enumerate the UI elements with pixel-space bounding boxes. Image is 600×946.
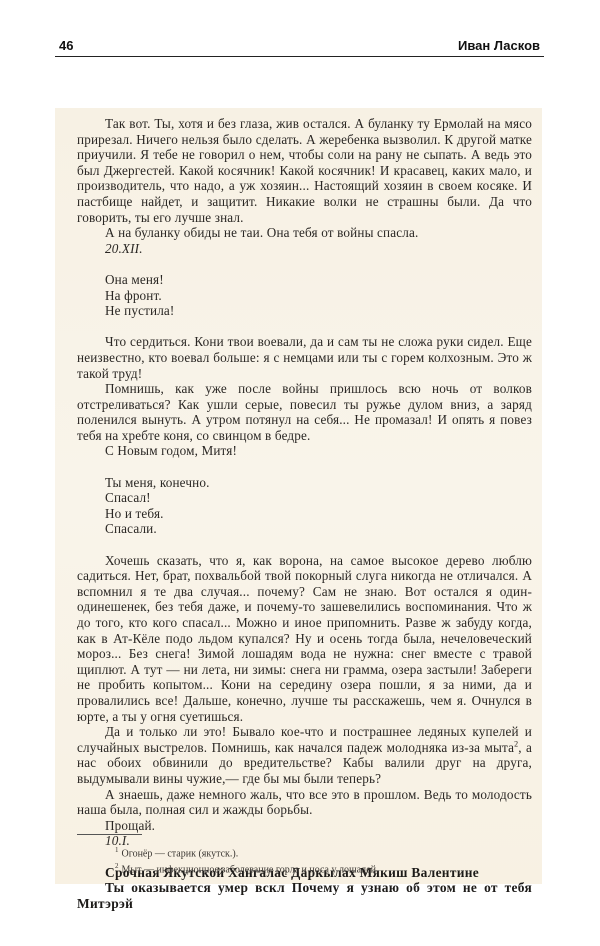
footnote: 1Огонёр — старик (якутск.). [77,844,532,860]
verse-line: Не пустила! [77,303,532,319]
verse-line: Но и тебя. [77,506,532,522]
paragraph: С Новым годом, Митя! [77,443,532,459]
footnote-number: 2 [115,862,119,870]
paragraph-with-footnote: Да и только ли это! Бывало кое-что и пос… [77,724,532,786]
footnote-text: Огонёр — старик (якутск.). [122,848,239,859]
spacer [77,319,532,335]
scanned-page: Так вот. Ты, хотя и без глаза, жив остал… [55,108,542,884]
paragraph: Что сердиться. Кони твои воевали, да и с… [77,334,532,381]
footnotes: 1Огонёр — старик (якутск.). 2Мыт — инфек… [77,844,532,877]
paragraph: Так вот. Ты, хотя и без глаза, жив остал… [77,116,532,225]
running-head-author: Иван Ласков [458,38,540,53]
paragraph: Помнишь, как уже после войны пришлось вс… [77,381,532,443]
spacer [77,537,532,553]
spacer [77,459,532,475]
telegram-message: Ты оказывается умер вскл Почему я узнаю … [77,880,532,911]
footnote-divider [77,834,142,835]
spacer [77,256,532,272]
footnote: 2Мыт — инфекционное заболевание горла и … [77,860,532,876]
letter-date: 20.XII. [77,241,532,257]
page-number: 46 [59,38,73,53]
paragraph: А на буланку обиды не таи. Она тебя от в… [77,225,532,241]
verse-line: Ты меня, конечно. [77,475,532,491]
footnote-number: 1 [115,846,119,854]
verse-line: Она меня! [77,272,532,288]
running-head: 46 Иван Ласков [55,36,544,57]
paragraph: Хочешь сказать, что я, как ворона, на са… [77,553,532,725]
verse-line: Спасал! [77,490,532,506]
paragraph: А знаешь, даже немного жаль, что все это… [77,787,532,818]
footnote-text: Мыт — инфекционное заболевание горла и н… [122,865,379,876]
verse-line: Спасали. [77,521,532,537]
paragraph: Прощай. [77,818,532,834]
paragraph-text: Да и только ли это! Бывало кое-что и пос… [77,724,532,755]
body-text: Так вот. Ты, хотя и без глаза, жив остал… [77,116,532,911]
verse-line: На фронт. [77,288,532,304]
